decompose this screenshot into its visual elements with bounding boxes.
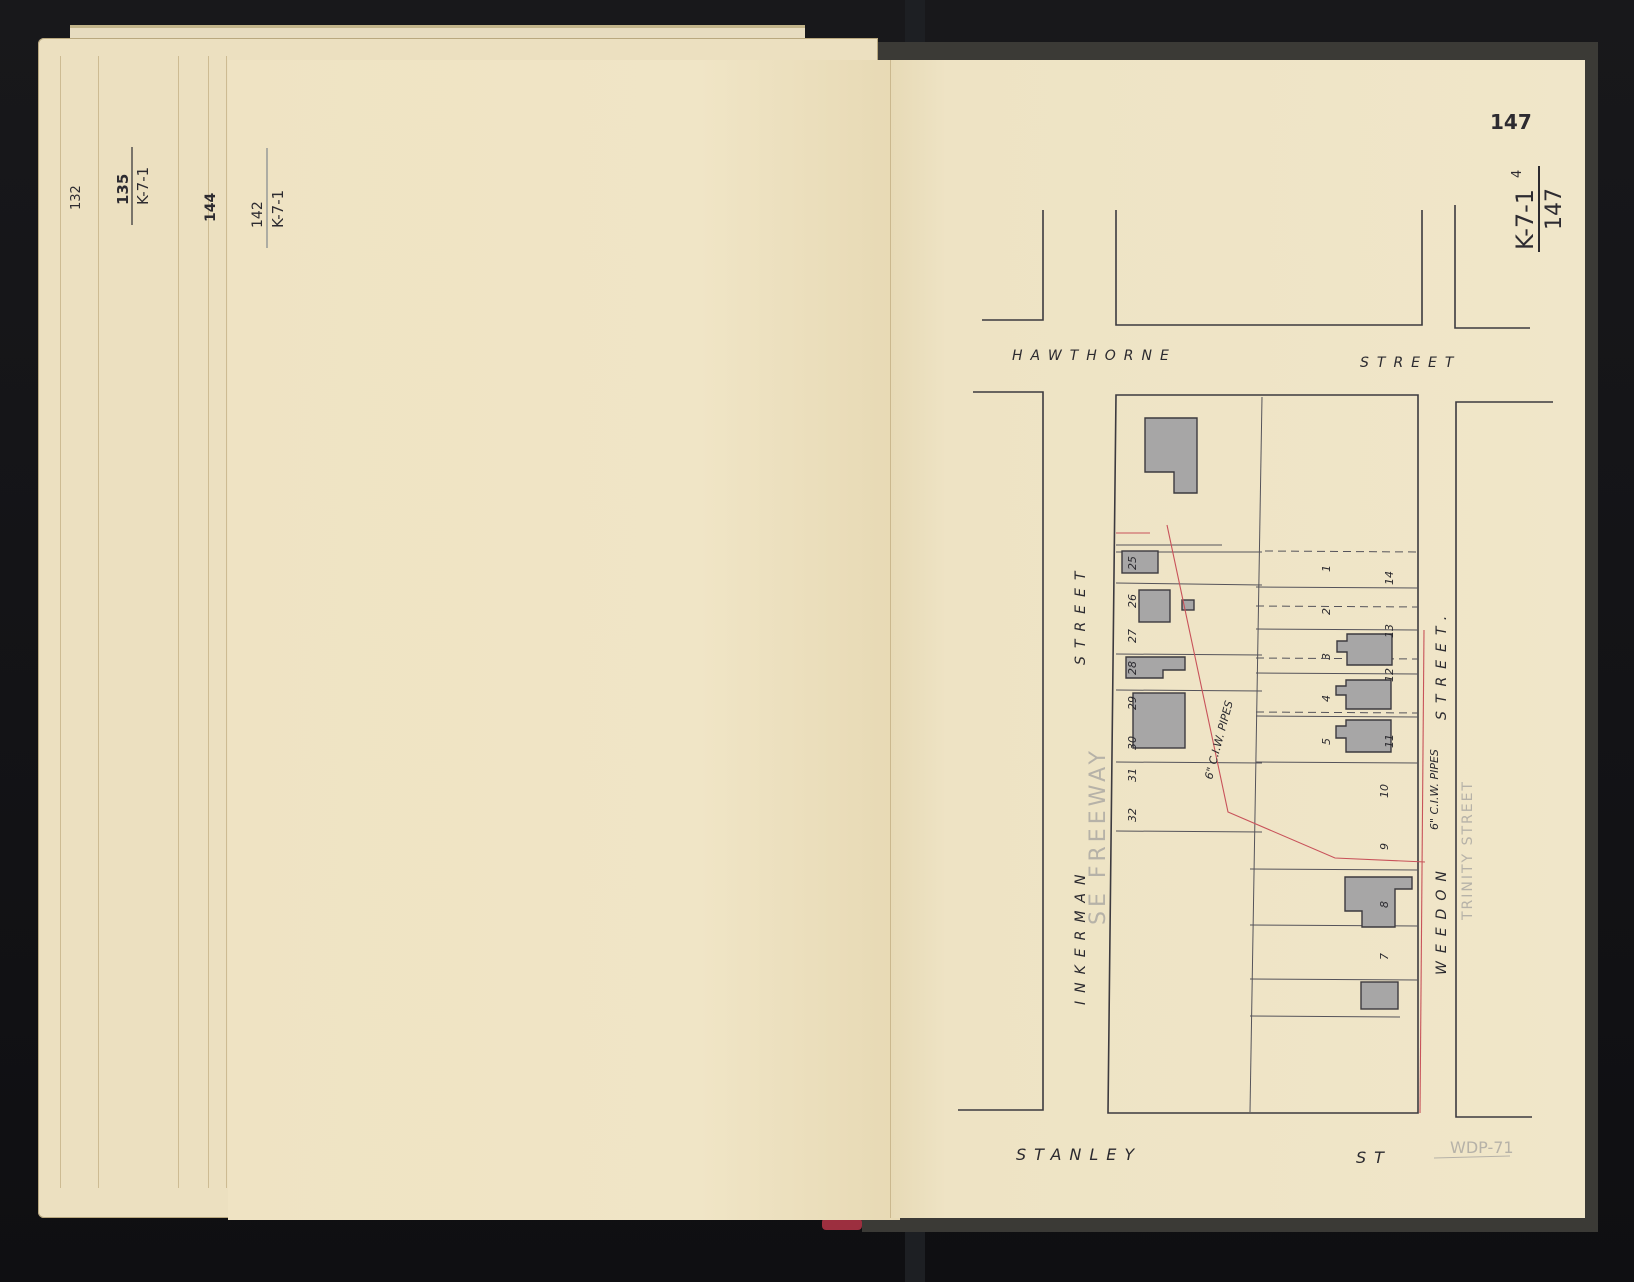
- street-label-weedon-suffix: STREET.: [1434, 608, 1450, 720]
- svg-text:27: 27: [1126, 629, 1139, 643]
- building-lot-26: [1139, 590, 1170, 622]
- svg-text:26: 26: [1126, 594, 1139, 608]
- block-outline-east: [1456, 402, 1553, 1117]
- block-outline: [1116, 210, 1422, 325]
- svg-text:3: 3: [1320, 653, 1333, 660]
- street-label-stanley: STANLEY: [1016, 1145, 1142, 1164]
- svg-text:K-7-1: K-7-1: [134, 167, 152, 205]
- pencil-trinity-street: TRINITY STREET: [1460, 780, 1476, 921]
- pencil-note: WDP-71: [1450, 1138, 1514, 1157]
- svg-text:K-7-1: K-7-1: [1511, 189, 1539, 250]
- block-outline: [982, 210, 1043, 320]
- svg-text:7: 7: [1378, 953, 1391, 960]
- svg-text:12: 12: [1383, 668, 1396, 682]
- svg-text:4: 4: [1510, 170, 1525, 178]
- building-lot-12: [1336, 680, 1391, 709]
- map-drawing: 132 135 K-7-1 144 142 K-7-1 147 K-7-1 4 …: [0, 0, 1634, 1282]
- tab-label-144: 144: [203, 193, 219, 222]
- svg-text:K-7-1: K-7-1: [269, 190, 287, 228]
- svg-text:11: 11: [1383, 734, 1396, 748]
- block-outline-west: [958, 392, 1043, 1110]
- pipe-label-east: 6" C.I.W. PIPES: [1428, 749, 1441, 830]
- building-lot-29-30: [1133, 693, 1185, 748]
- street-label-inkerman-suffix: STREET: [1073, 564, 1089, 665]
- lot-numbers-west: 25 26 27 28 29 30 31 32: [1126, 556, 1139, 822]
- svg-text:144: 144: [203, 193, 219, 222]
- svg-text:31: 31: [1126, 768, 1139, 782]
- tab-label-142: 142 K-7-1: [250, 148, 287, 248]
- svg-text:9: 9: [1378, 843, 1391, 850]
- svg-text:2: 2: [1320, 608, 1333, 615]
- svg-text:10: 10: [1378, 784, 1391, 798]
- svg-text:8: 8: [1378, 901, 1391, 908]
- street-label-hawthorne-suffix: STREET: [1360, 355, 1461, 371]
- svg-text:5: 5: [1320, 738, 1333, 745]
- east-lot-lines: [1250, 551, 1418, 1017]
- svg-text:14: 14: [1383, 571, 1396, 585]
- building: [1145, 418, 1197, 493]
- svg-text:1: 1: [1320, 565, 1333, 572]
- alley-line: [1250, 397, 1262, 1112]
- svg-text:30: 30: [1126, 736, 1139, 750]
- svg-text:13: 13: [1383, 624, 1396, 638]
- sheet-reference: K-7-1 4 147: [1510, 166, 1567, 252]
- building-lot-7: [1361, 982, 1398, 1009]
- water-pipe-east: [1420, 630, 1424, 1113]
- pencil-se-freeway: SE FREEWAY: [1086, 747, 1111, 925]
- svg-text:25: 25: [1126, 556, 1139, 570]
- svg-text:32: 32: [1126, 808, 1139, 822]
- svg-text:135: 135: [114, 174, 132, 205]
- street-label-weedon: WEEDON: [1434, 863, 1450, 975]
- svg-text:29: 29: [1126, 696, 1139, 710]
- svg-text:28: 28: [1126, 661, 1139, 675]
- svg-text:4: 4: [1320, 695, 1333, 702]
- tab-label-135: 135 K-7-1: [114, 147, 152, 225]
- west-lot-lines: [1116, 545, 1262, 832]
- svg-text:142: 142: [250, 201, 266, 228]
- svg-text:147: 147: [1542, 188, 1567, 230]
- svg-text:132: 132: [69, 185, 84, 210]
- page-number: 147: [1490, 110, 1532, 134]
- street-label-hawthorne: HAWTHORNE: [1012, 348, 1177, 364]
- tab-label-132: 132: [69, 185, 84, 210]
- street-label-stanley-suffix: ST: [1356, 1148, 1392, 1167]
